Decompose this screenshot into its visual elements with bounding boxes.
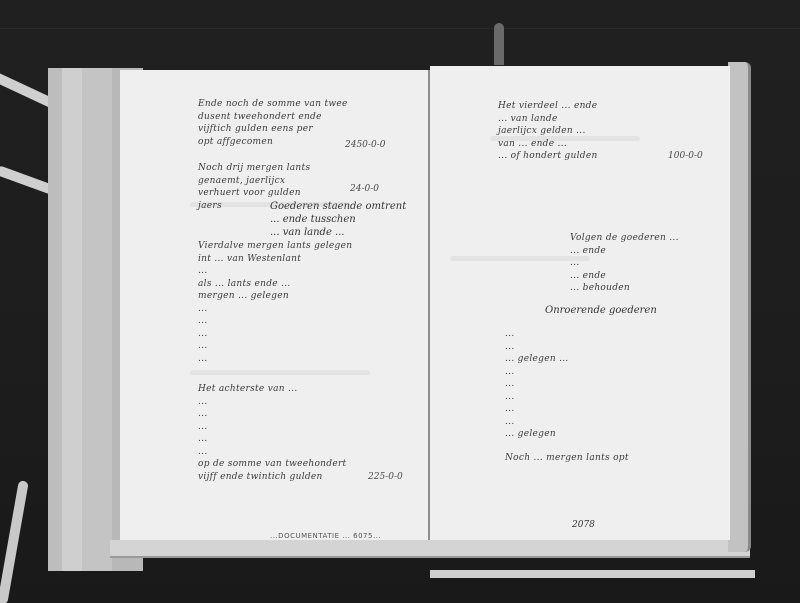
entry-4-text: Het achterste van ... ... ... ... ... ..…: [198, 383, 346, 483]
cover-layer: [62, 68, 82, 571]
cover-layer: [48, 68, 62, 571]
cover-board-strip: [430, 570, 755, 578]
entry-3-text: Vierdalve mergen lants gelegen int ... v…: [198, 240, 352, 365]
entry-1-amount: 100-0-0: [668, 151, 703, 161]
entry-1-text: Het vierdeel ... ende ... van lande jaer…: [498, 100, 598, 163]
entry-4-amount: 225-0-0: [368, 472, 403, 482]
entry-2-amount: 24-0-0: [350, 184, 379, 194]
page-block-bottom-edge: [110, 540, 750, 558]
right-page: Het vierdeel ... ende ... van lande jaer…: [430, 66, 730, 540]
cover-layer: [82, 68, 112, 571]
right-page-block-edge: [728, 62, 751, 552]
ink-bleed: [450, 256, 590, 261]
ink-bleed: [190, 370, 370, 375]
archive-stamp: ...DOCUMENTATIE ... 6075...: [270, 532, 381, 540]
section-heading: Goederen staende omtrent ... ende tussch…: [270, 200, 406, 239]
entry-1-text: Ende noch de somme van twee dusent tweeh…: [198, 98, 348, 148]
section-heading: Onroerende goederen: [545, 304, 657, 317]
left-page: Ende noch de somme van twee dusent tweeh…: [120, 70, 430, 540]
entry-3-text: ... ... ... gelegen ... ... ... ... ... …: [505, 328, 569, 441]
entry-4-text: Noch ... mergen lants opt: [505, 452, 629, 465]
entry-2-text: Volgen de goederen ... ... ende ... ... …: [570, 232, 679, 295]
folio-number: 2078: [572, 520, 595, 530]
bookmark-strip: [494, 23, 504, 65]
entry-1-amount: 2450-0-0: [345, 140, 385, 150]
background-seam: [0, 28, 800, 29]
